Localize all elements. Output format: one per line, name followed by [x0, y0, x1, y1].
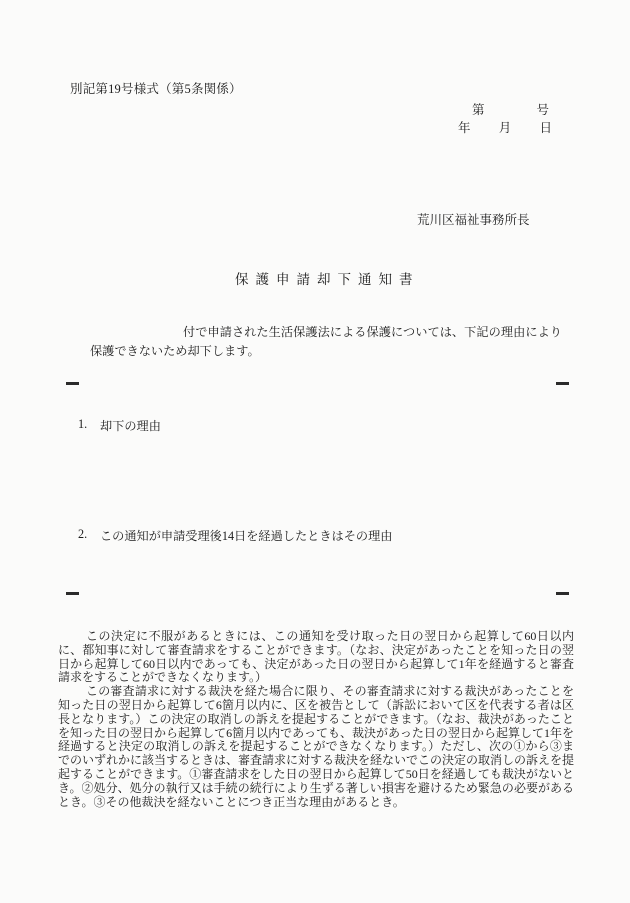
item-label: この通知が申請受理後14日を経過したときはその理由 — [100, 527, 393, 544]
issuer-name: 荒川区福祉事務所長 — [417, 210, 530, 228]
list-item-delay-reason: 2. この通知が申請受理後14日を経過したときはその理由 — [78, 527, 393, 544]
appeal-rights-notes: この決定に不服があるときには、この通知を受け取った日の翌日から起算して60日以内… — [58, 630, 574, 809]
intro-paragraph: 付で申請された生活保護法による保護については、下記の理由により保護できないため却… — [90, 323, 562, 361]
fold-mark-lower-right — [556, 592, 569, 595]
notes-paragraph-lawsuit: この審査請求に対する裁決を経た場合に限り、その審査請求に対する裁決があったことを… — [58, 685, 574, 809]
item-number: 1. — [78, 417, 100, 434]
document-number-line: 第 号 — [472, 100, 549, 118]
fold-mark-upper-right — [556, 382, 569, 385]
fold-mark-upper-left — [66, 382, 79, 385]
list-item-rejection-reason: 1. 却下の理由 — [78, 417, 161, 434]
form-number-note: 別記第19号様式（第5条関係） — [70, 79, 242, 97]
document-title: 保護申請却下通知書 — [235, 268, 420, 288]
item-label: 却下の理由 — [100, 417, 161, 434]
document-page: 別記第19号様式（第5条関係） 第 号 年 月 日 荒川区福祉事務所長 保護申請… — [0, 0, 630, 903]
date-month-label: 月 — [499, 118, 512, 136]
date-day-label: 日 — [539, 118, 552, 136]
fold-mark-lower-left — [66, 592, 79, 595]
doc-number-suffix: 号 — [536, 100, 549, 118]
date-line: 年 月 日 — [458, 118, 552, 136]
date-year-label: 年 — [458, 118, 471, 136]
doc-number-prefix: 第 — [472, 100, 485, 118]
notes-paragraph-appeal: この決定に不服があるときには、この通知を受け取った日の翌日から起算して60日以内… — [58, 630, 574, 685]
item-number: 2. — [78, 527, 100, 544]
